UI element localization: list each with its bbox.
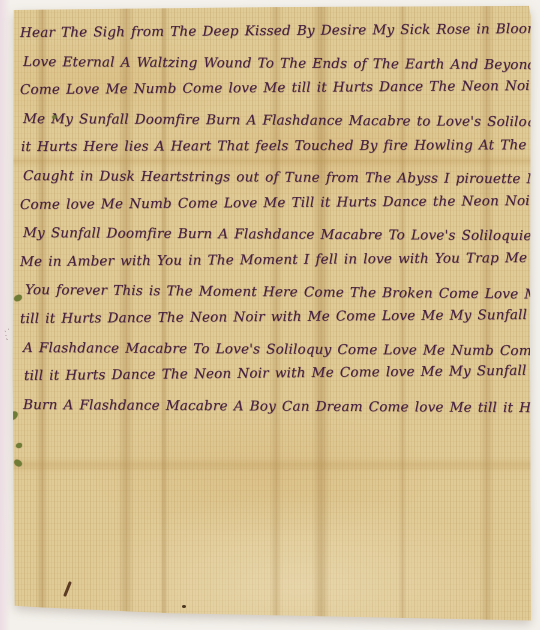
scan-edge-strip	[0, 0, 11, 630]
papyrus-sheet: Hear The Sigh from The Deep Kissed By De…	[12, 5, 531, 623]
papyrus-sheet-wrap: Hear The Sigh from The Deep Kissed By De…	[12, 5, 531, 623]
handwritten-letter: Hear The Sigh from The Deep Kissed By De…	[20, 19, 527, 419]
letter-line: it Hurts Here lies A Heart That feels To…	[21, 132, 527, 162]
moss-speck	[12, 410, 19, 421]
letter-line: Me in Amber with You in The Moment I fel…	[20, 244, 527, 277]
moss-speck	[45, 5, 53, 9]
letter-line: till it Hurts Dance The Neon Noir with M…	[24, 357, 527, 391]
ink-dot-mark	[182, 605, 186, 608]
letter-line: Come Love Me Numb Come love Me till it H…	[20, 72, 527, 105]
letter-line: Come love Me Numb Come Love Me Till it H…	[20, 187, 527, 220]
scanned-page: Hear The Sigh from The Deep Kissed By De…	[0, 0, 540, 630]
letter-line: Burn A Flashdance Macabre A Boy Can Drea…	[23, 391, 527, 423]
letter-line: Hear The Sigh from The Deep Kissed By De…	[20, 15, 527, 48]
papyrus-stain-band	[12, 457, 531, 473]
moss-speck	[16, 443, 22, 448]
moss-speck	[13, 458, 23, 468]
ink-slash-mark	[63, 581, 72, 597]
letter-line: till it Hurts Dance The Neon Noir with M…	[20, 301, 527, 334]
